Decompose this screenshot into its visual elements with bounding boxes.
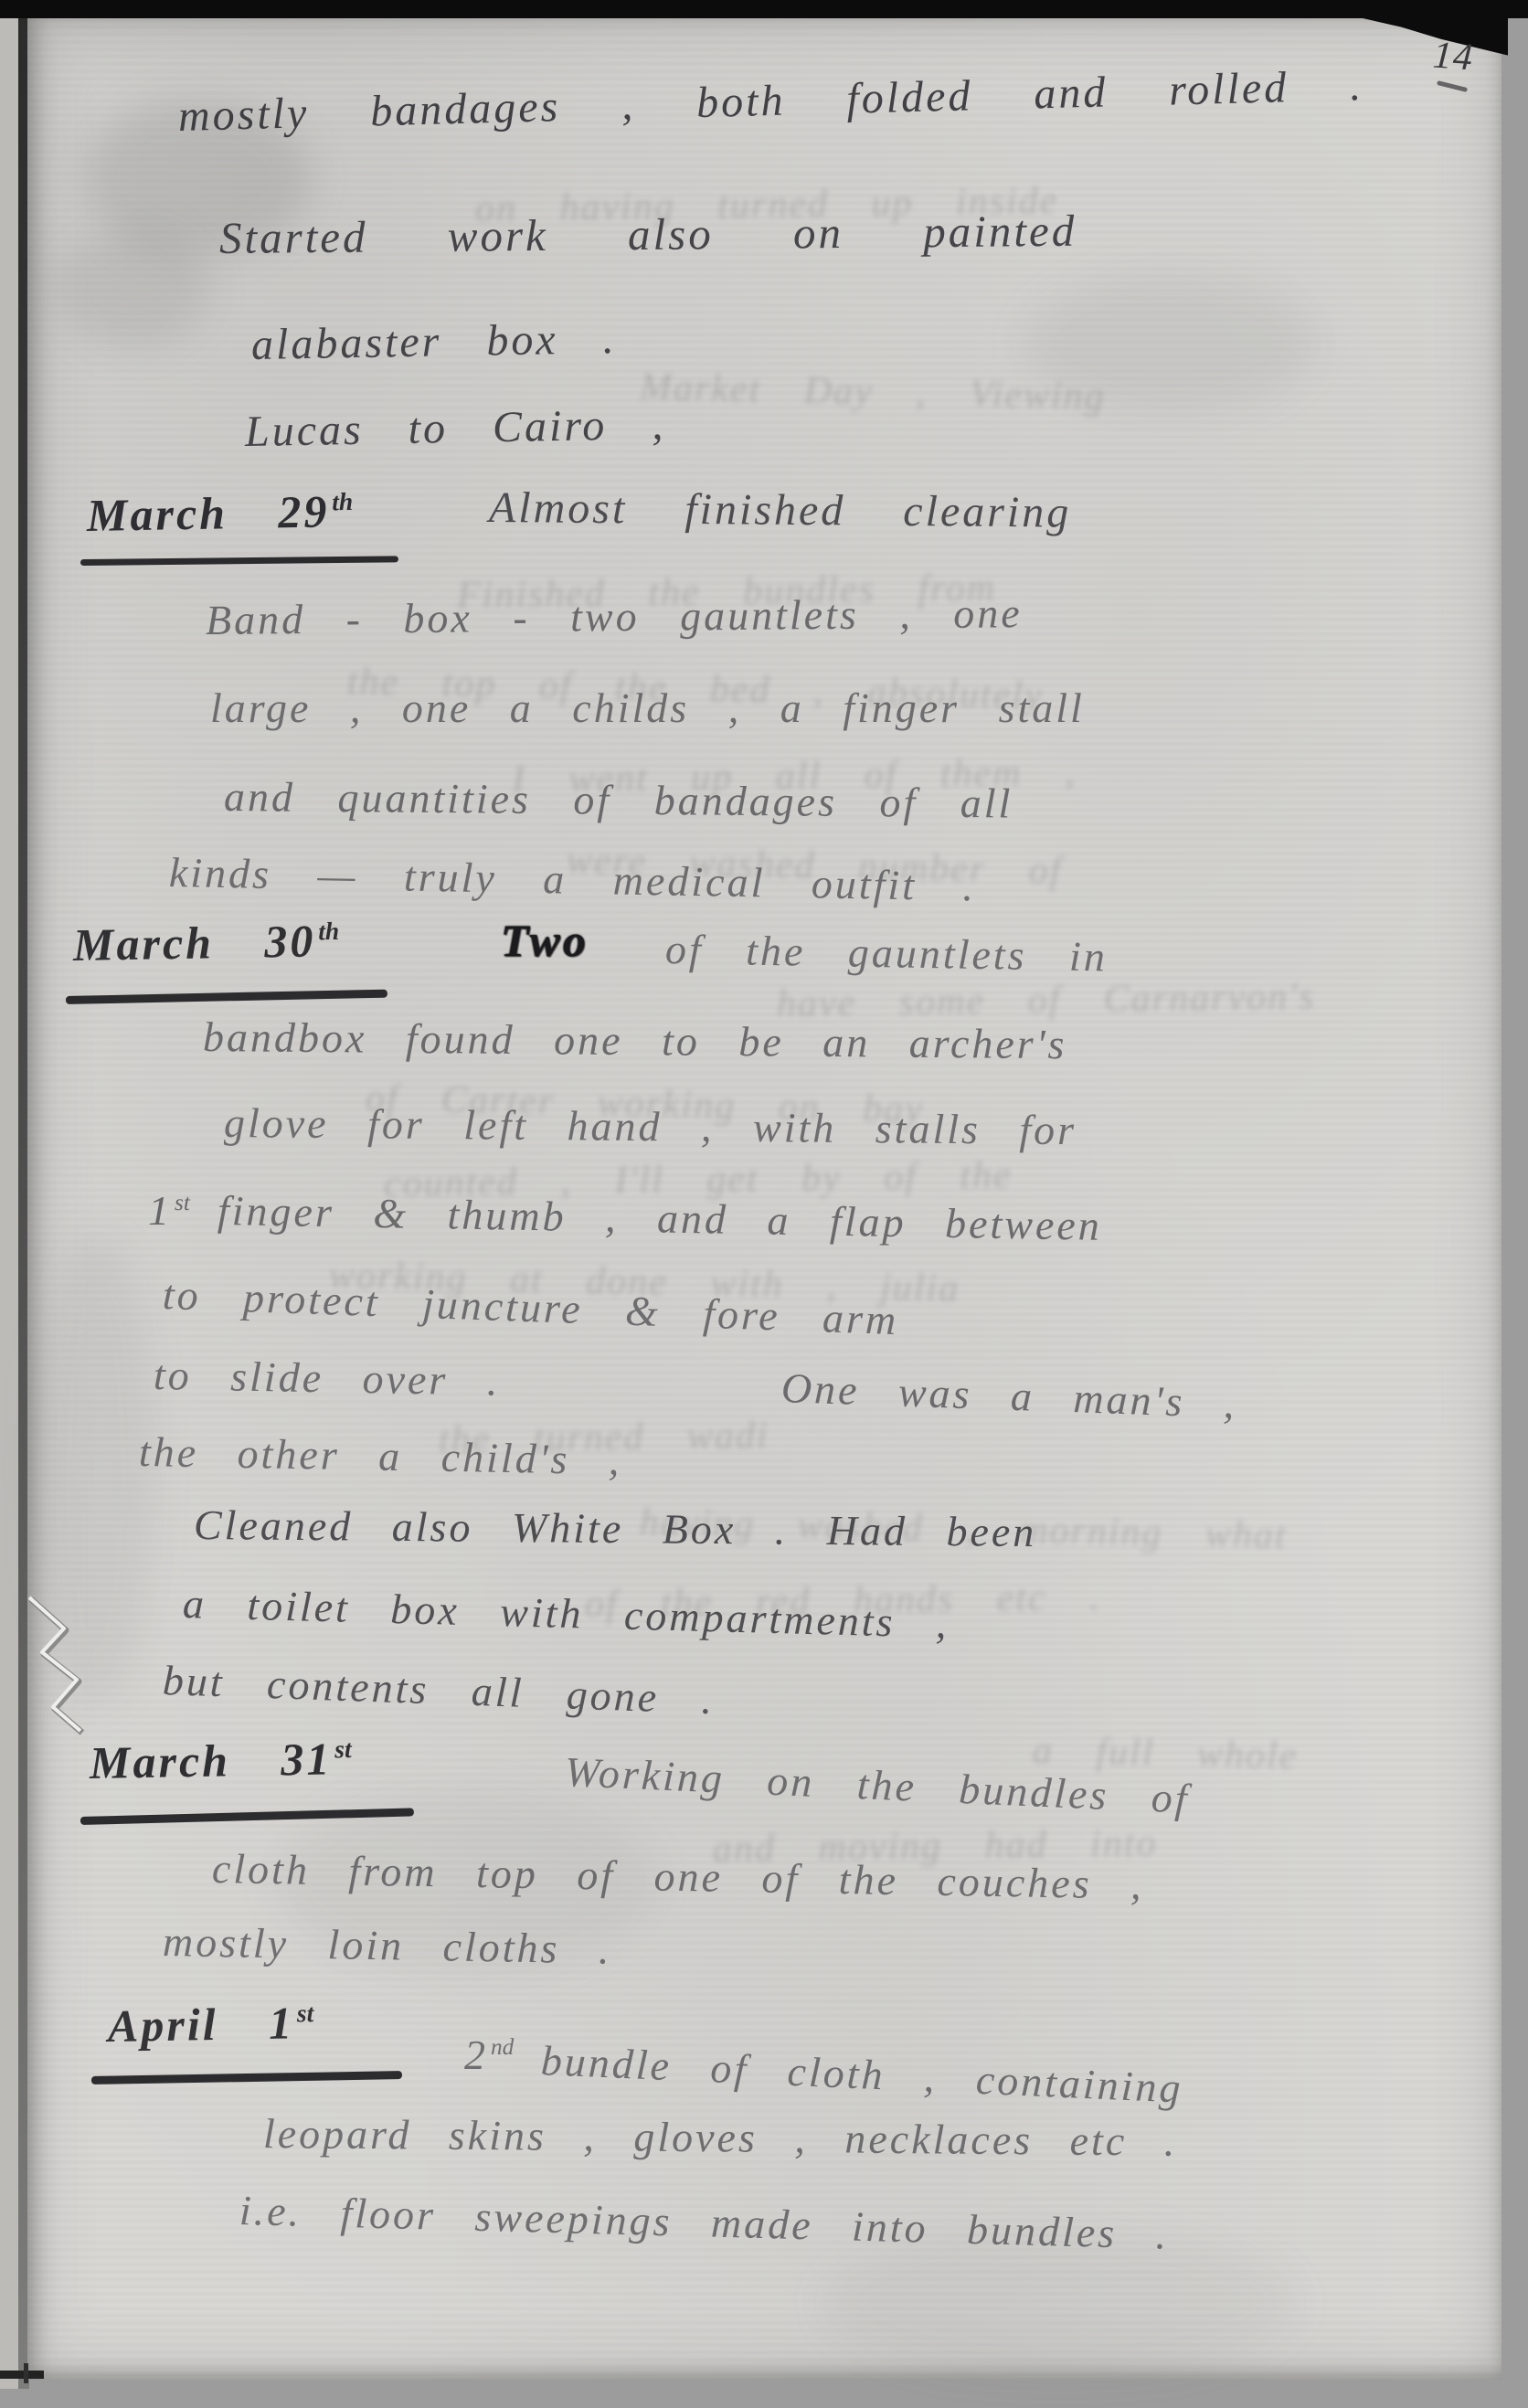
line-text: April 1: [108, 1997, 295, 2052]
handwritten-line: mostly loin cloths .: [163, 1917, 612, 1974]
ordinal-suffix: st: [297, 1999, 314, 2027]
entry-date-march-31: March 31st: [89, 1732, 352, 1789]
handwritten-line: 2nd: [464, 2031, 514, 2079]
line-text: Cleaned also White Box . Had been: [194, 1501, 1037, 1555]
line-text: Started work also on painted: [219, 206, 1077, 263]
page-number: 14: [1431, 34, 1474, 80]
ordinal-suffix: th: [318, 917, 339, 945]
handwritten-line: bandbox found one to be an archer's: [203, 1013, 1067, 1068]
entry-date-march-30: March 30th: [72, 914, 339, 971]
handwritten-line: Started work also on painted: [219, 205, 1077, 264]
line-text: of the gauntlets in: [665, 926, 1109, 980]
line-text: to slide over .: [154, 1352, 501, 1405]
handwritten-line: Cleaned also White Box . Had been: [194, 1501, 1037, 1556]
line-text: large , one a childs , a finger stall: [210, 684, 1085, 731]
handwritten-line: large , one a childs , a finger stall: [210, 684, 1085, 732]
ordinal-suffix: th: [332, 487, 353, 515]
blotted-word: Two: [501, 914, 589, 967]
handwritten-line: Almost finished clearing: [489, 483, 1072, 538]
photo-edge-top: [0, 0, 1528, 18]
line-text: March 30: [73, 915, 316, 971]
page-number-value: 14: [1431, 35, 1474, 80]
line-text: 2: [464, 2031, 488, 2078]
ordinal-suffix: st: [175, 1190, 190, 1215]
handwritten-line: leopard skins , gloves , necklaces etc .: [263, 2109, 1178, 2166]
ordinal-suffix: st: [334, 1734, 352, 1763]
handwritten-line: glove for left hand , with stalls for: [224, 1098, 1077, 1154]
line-text: and quantities of bandages of all: [224, 773, 1013, 827]
line-text: Lucas to Cairo ,: [245, 400, 666, 456]
line-text: alabaster box .: [251, 314, 618, 369]
handwritten-line: Band - box - two gauntlets , one: [206, 589, 1023, 644]
line-text: March 29: [87, 485, 330, 541]
scanned-page: 14 on having turned up insideMarket Day …: [0, 0, 1528, 2408]
photo-edge-bottom-mark: [0, 2371, 44, 2379]
handwritten-line: 1st: [148, 1186, 190, 1235]
line-text: leopard skins , gloves , necklaces etc .: [263, 2110, 1178, 2165]
ordinal-suffix: nd: [491, 2034, 514, 2060]
handwritten-line: and quantities of bandages of all: [224, 772, 1013, 828]
handwritten-line: the other a child's ,: [139, 1427, 622, 1484]
line-text: Band - box - two gauntlets , one: [206, 589, 1023, 643]
handwritten-line: Lucas to Cairo ,: [245, 399, 666, 457]
handwritten-line: of the gauntlets in: [665, 925, 1109, 981]
handwritten-line: alabaster box .: [251, 313, 618, 370]
handwritten-line: to slide over .: [154, 1351, 501, 1406]
line-text: glove for left hand , with stalls for: [224, 1099, 1077, 1153]
line-text: Two: [501, 915, 589, 966]
photo-edge-bottom-tick: [24, 2363, 28, 2383]
paper-tear: [26, 1592, 135, 1738]
entry-date-march-29: March 29th: [86, 484, 353, 542]
line-text: bandbox found one to be an archer's: [203, 1013, 1067, 1067]
entry-date-april-1: April 1st: [107, 1996, 313, 2053]
line-text: mostly loin cloths .: [163, 1918, 612, 1973]
adjacent-page-edge: [0, 13, 20, 2389]
line-text: 1: [148, 1187, 172, 1234]
line-text: March 31: [90, 1733, 333, 1788]
paper-smudge: [55, 228, 210, 347]
line-text: the other a child's ,: [139, 1428, 622, 1483]
line-text: Almost finished clearing: [489, 483, 1072, 537]
ghost-text: Market Day , Viewing: [640, 366, 1107, 419]
